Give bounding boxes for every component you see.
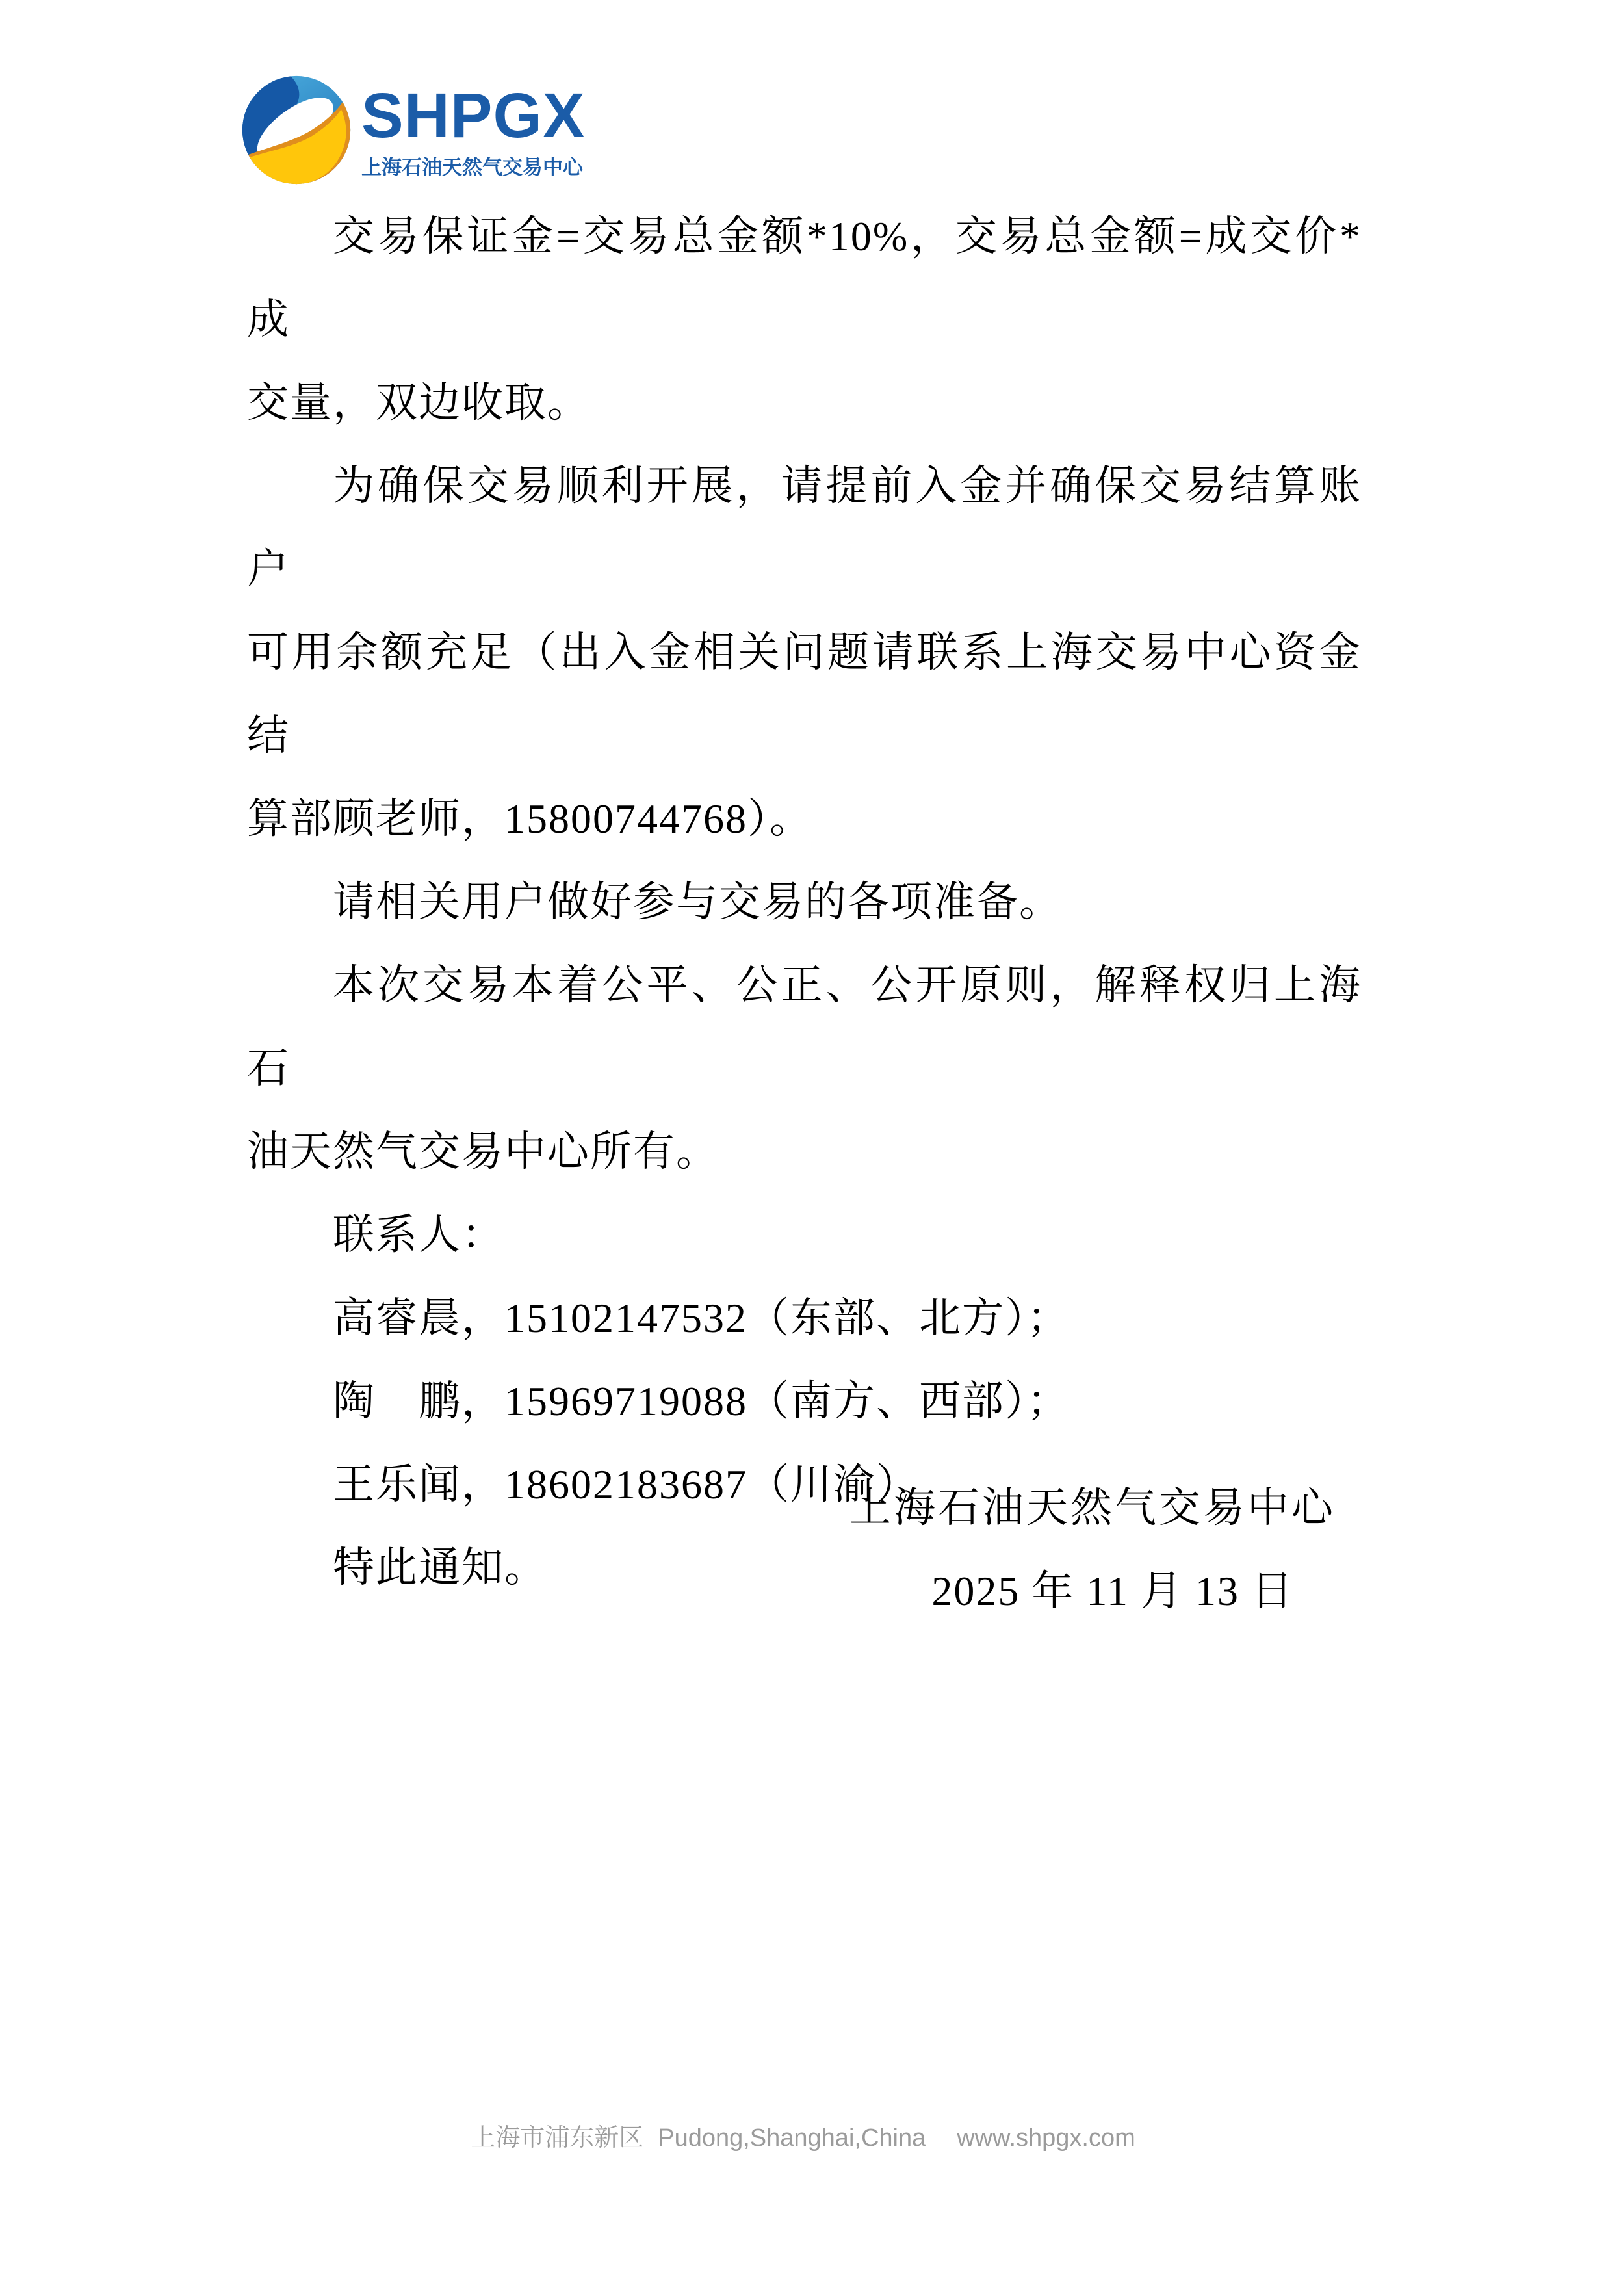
body-line: 本次交易本着公平、公正、公开原则，解释权归上海石: [247, 944, 1362, 1110]
body-line-contact-header: 联系人：: [247, 1194, 1362, 1277]
body-line: 算部顾老师，15800744768）。: [247, 777, 1362, 861]
body-line: 可用余额充足（出入金相关问题请联系上海交易中心资金结: [247, 611, 1362, 777]
body-line: 请相关用户做好参与交易的各项准备。: [247, 861, 1362, 944]
logo-company-name: 上海石油天然气交易中心: [361, 151, 586, 180]
logo: SHPGX 上海石油天然气交易中心: [242, 75, 586, 185]
body-line: 交量，双边收取。: [247, 361, 1362, 445]
body-line: 为确保交易顺利开展，请提前入金并确保交易结算账户: [247, 445, 1362, 611]
body-line: 交易保证金=交易总金额*10%，交易总金额=成交价*成: [247, 195, 1362, 361]
footer-website: www.shpgx.com: [957, 2123, 1135, 2153]
body-line-contact: 高睿晨，15102147532（东部、北方）；: [247, 1277, 1362, 1360]
signature-company: 上海石油天然气交易中心: [849, 1467, 1362, 1550]
signature-block: 上海石油天然气交易中心 2025 年 11 月 13 日: [849, 1467, 1362, 1633]
body-line-contact: 陶 鹏，15969719088（南方、西部）；: [247, 1360, 1362, 1443]
logo-acronym: SHPGX: [361, 90, 586, 142]
document-page: SHPGX 上海石油天然气交易中心 交易保证金=交易总金额*10%，交易总金额=…: [0, 0, 1606, 2296]
logo-globe-icon: [242, 75, 351, 185]
signature-date: 2025 年 11 月 13 日: [849, 1550, 1362, 1633]
footer-address-en: Pudong,Shanghai,China: [658, 2123, 926, 2153]
document-body: 交易保证金=交易总金额*10%，交易总金额=成交价*成 交量，双边收取。 为确保…: [247, 195, 1362, 1610]
footer-address-cn: 上海市浦东新区: [471, 2123, 643, 2153]
logo-text: SHPGX 上海石油天然气交易中心: [361, 90, 586, 180]
page-footer: 上海市浦东新区 Pudong,Shanghai,China www.shpgx.…: [0, 2123, 1606, 2153]
body-line: 油天然气交易中心所有。: [247, 1110, 1362, 1194]
